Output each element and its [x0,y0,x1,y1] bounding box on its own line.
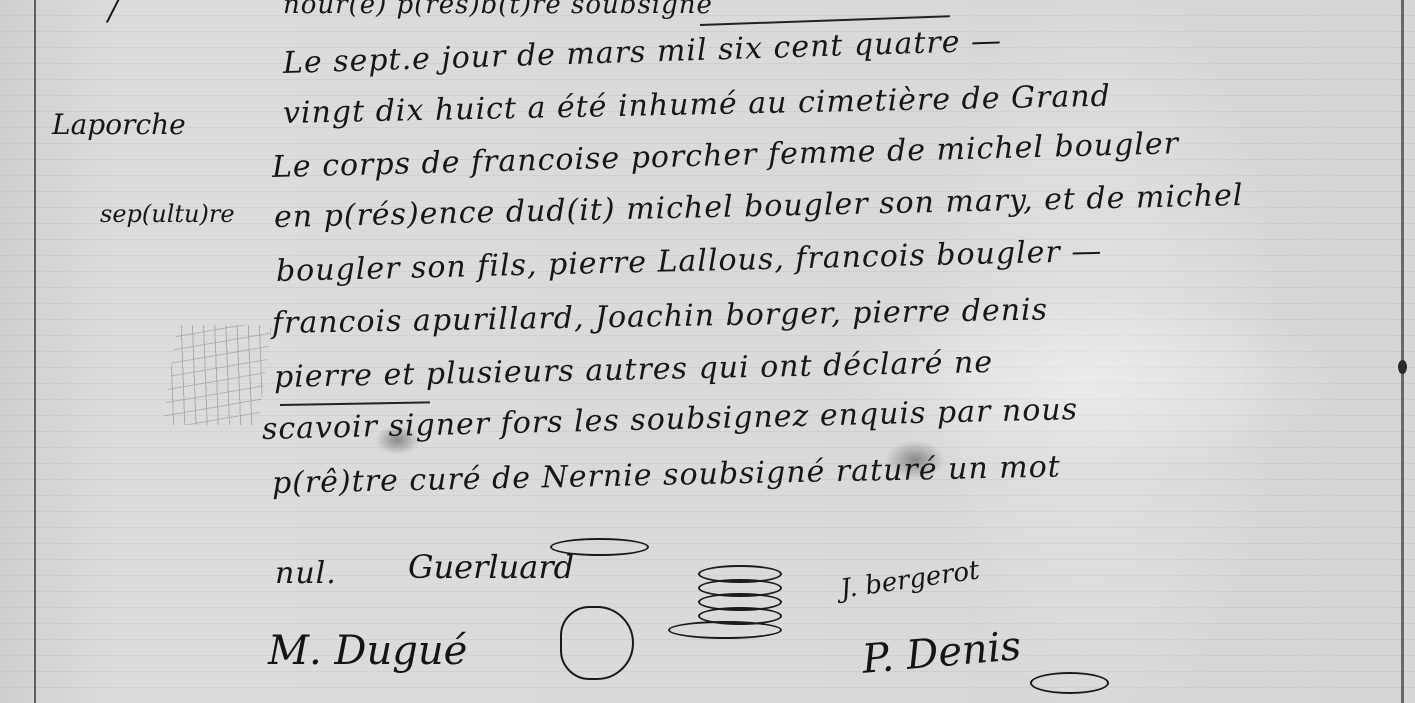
entry-line-6: francois apurillard, Joachin borger, pie… [272,292,1049,341]
previous-entry-fragment: nour(e) p(res)b(t)re soubsigné [283,0,713,20]
margin-burial-note: sep(ultu)re [100,200,235,228]
signature-flourish [560,606,634,680]
entry-line-5: bougler son fils, pierre Lallous, franco… [276,234,1103,289]
left-upper-stroke: / [108,0,118,27]
entry-line-7: pierre et plusieurs autres qui ont décla… [274,345,994,395]
header-fragment-text: nour(e) p(res)b(t)re soubsigné [283,0,713,20]
entry-line-1: Le sept.e jour de mars mil six cent quat… [282,23,1002,81]
strikethrough-stroke [280,401,430,406]
entry-line-8: scavoir signer fors les soubsignez enqui… [262,392,1079,447]
left-margin-rule [34,0,36,703]
signature-flourish [1030,672,1109,694]
entry-line-4: en p(rés)ence dud(it) michel bougler son… [274,178,1244,235]
entry-line-2: vingt dix huict a été inhumé au cimetièr… [283,79,1112,131]
entry-line-3: Le corps de francoise porcher femme de m… [272,126,1180,185]
manuscript-page: nour(e) p(res)b(t)re soubsigné / Laporch… [0,0,1415,703]
entry-line-9: p(rê)tre curé de Nernie soubsigné raturé… [272,449,1062,501]
signature-guerluard: Guerluard [408,548,574,586]
entry-line-10: nul. [275,556,337,591]
ink-blot [1398,360,1407,374]
signature-flourish [550,538,649,556]
signature-dugue: M. Dugué [268,628,467,674]
signature-bergerot: J. bergerot [839,555,982,604]
closing-stroke [700,15,950,26]
signature-denis: P. Denis [860,623,1022,683]
margin-name: Laporche [52,108,186,141]
faint-lattice-sketch [163,325,272,425]
right-margin-rule [1401,0,1404,703]
signature-paraph-loops [688,565,788,650]
